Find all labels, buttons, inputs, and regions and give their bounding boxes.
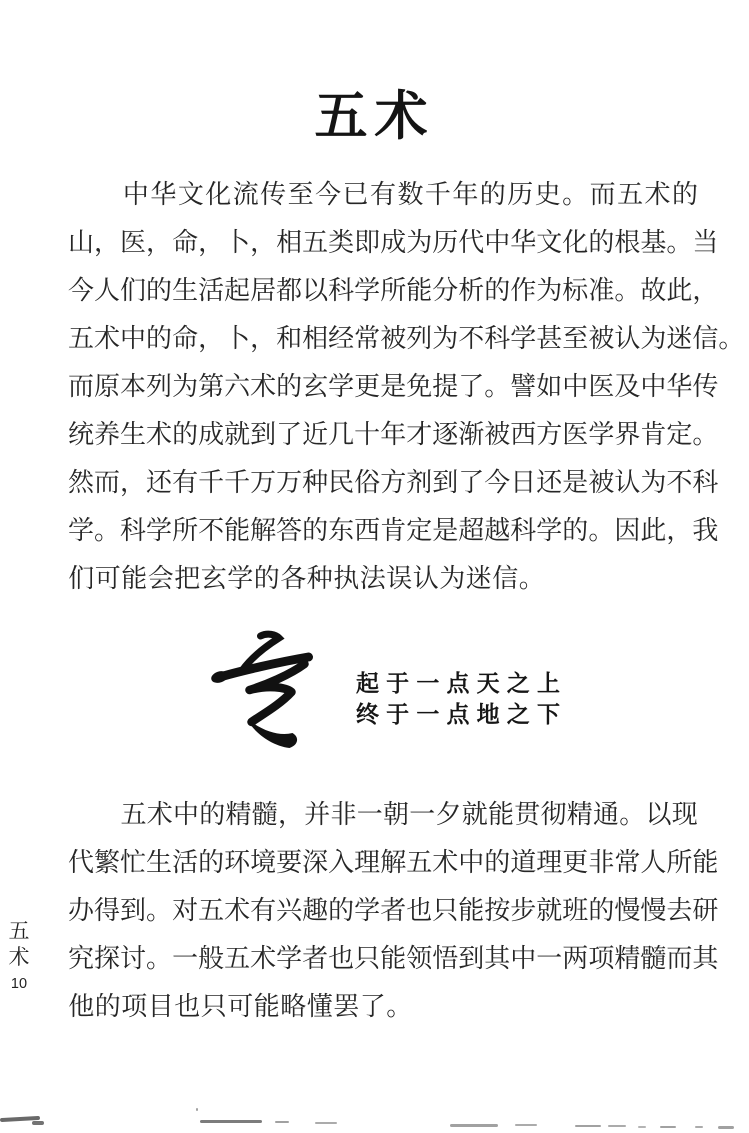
calligraphy-caption: 起于一点天之上终于一点地之下: [356, 666, 560, 728]
paragraph-1: 中华文化流传至今已有数千年的历史。而五术的山，医，命，卜，相五类即成为历代中华文…: [68, 168, 698, 600]
scan-artifact: [196, 1108, 198, 1111]
xuan-calligraphy-glyph: [209, 626, 315, 754]
scan-artifact: [200, 1120, 262, 1123]
scan-artifact: [450, 1124, 498, 1127]
page-title: 五术: [0, 74, 749, 150]
scan-artifact: [638, 1126, 646, 1128]
scan-artifact: [695, 1126, 703, 1128]
margin-char-1: 五: [9, 918, 30, 944]
scan-artifact: [32, 1121, 44, 1125]
scan-artifact: [315, 1122, 337, 1124]
page-number: 10: [11, 976, 27, 992]
scan-artifact: [275, 1121, 289, 1123]
book-page: 五术 中华文化流传至今已有数千年的历史。而五术的山，医，命，卜，相五类即成为历代…: [0, 0, 749, 1133]
scan-artifact: [608, 1125, 626, 1127]
margin-char-2: 术: [9, 944, 30, 970]
xuan-cursive-icon: [209, 626, 315, 754]
scan-artifact: [718, 1126, 734, 1129]
margin-running-head: 五 术 10: [5, 918, 33, 992]
scan-artifact: [660, 1126, 676, 1128]
scan-artifact: [515, 1124, 537, 1126]
scan-artifact: [575, 1125, 601, 1127]
paragraph-2: 五术中的精髓，并非一朝一夕就能贯彻精通。以现代繁忙生活的环境要深入理解五术中的道…: [68, 788, 698, 1028]
